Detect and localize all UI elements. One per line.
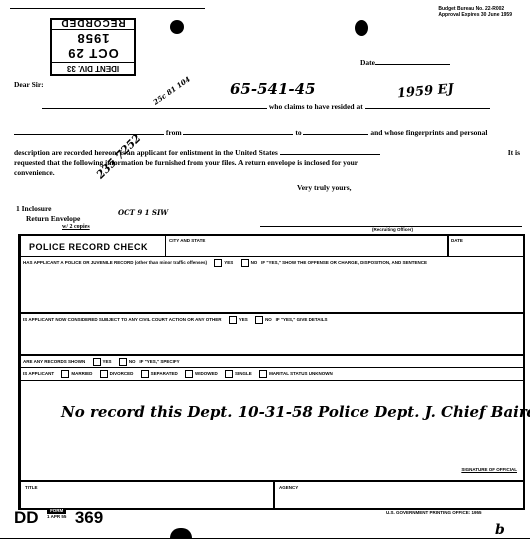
- letter-line-2: from to and whose fingerprints and perso…: [14, 128, 487, 137]
- enclosure: 1 Inclosure: [16, 204, 52, 213]
- remarks-handwritten: No record this Dept. 10-31-58 Police Dep…: [61, 403, 530, 421]
- signature-caption: (Recruiting Officer): [372, 227, 413, 232]
- bottom-blot: [170, 528, 192, 538]
- stamp-line-date: OCT 29 1958: [52, 29, 134, 62]
- unknown-checkbox[interactable]: [259, 370, 267, 378]
- form-code: DD: [14, 508, 39, 527]
- divorced-checkbox[interactable]: [100, 370, 108, 378]
- stamp-line-ident: IDENT DIV. 33: [52, 62, 134, 74]
- question-records-shown: ARE ANY RECORDS SHOWN YES NO IF "YES," S…: [21, 354, 523, 368]
- punch-hole-left: [170, 20, 184, 34]
- bottom-rule: [0, 538, 530, 539]
- enclosure-note: w/ 2 copies: [62, 224, 90, 230]
- single-checkbox[interactable]: [225, 370, 233, 378]
- case-number-handwritten: 65-541-45: [230, 80, 316, 98]
- salutation: Dear Sir:: [14, 80, 44, 89]
- q2-no-checkbox[interactable]: [255, 316, 263, 324]
- form-date-label: DATE: [451, 238, 463, 243]
- date-label: Date: [360, 58, 375, 67]
- police-record-check-form: POLICE RECORD CHECK CITY AND STATE DATE …: [18, 234, 525, 510]
- printer-line: U.S. GOVERNMENT PRINTING OFFICE: 1955: [386, 510, 482, 515]
- city-state-field[interactable]: [165, 236, 449, 256]
- signature-official-label: SIGNATURE OF OFFICIAL: [461, 467, 517, 472]
- punch-hole-right: [355, 20, 368, 36]
- stamp-line-recorded: RECORDED: [52, 16, 134, 29]
- date-field: Date: [360, 58, 450, 67]
- q1-yes-checkbox[interactable]: [214, 259, 222, 267]
- form-number-block: DD FORM 1 APR 55 369: [14, 508, 103, 528]
- q1-no-checkbox[interactable]: [241, 259, 249, 267]
- q2-yes-checkbox[interactable]: [229, 316, 237, 324]
- top-rule: [10, 8, 205, 9]
- closing: Very truly yours,: [297, 183, 352, 192]
- form-title: POLICE RECORD CHECK: [29, 242, 148, 252]
- question-civil-action: IS APPLICANT NOW CONSIDERED SUBJECT TO A…: [21, 312, 523, 354]
- q3-no-checkbox[interactable]: [119, 358, 127, 366]
- initials-handwritten: b: [495, 522, 505, 538]
- form-number: 369: [75, 508, 103, 527]
- widowed-checkbox[interactable]: [185, 370, 193, 378]
- question-marital-status: IS APPLICANT MARRIED DIVORCED SEPARATED …: [21, 367, 523, 380]
- form-title-cell: POLICE RECORD CHECK: [21, 236, 166, 256]
- title-label: TITLE: [25, 485, 38, 490]
- q3-yes-checkbox[interactable]: [93, 358, 101, 366]
- letter-paragraph: description are recorded hereon, is an a…: [14, 148, 520, 178]
- title-agency-row: TITLE AGENCY: [21, 480, 523, 508]
- enclosure-item: Return Envelope: [26, 214, 80, 223]
- letter-line-1: who claims to have resided at: [42, 102, 490, 111]
- date-handwritten: 1959 EJ: [396, 82, 454, 102]
- budget-bureau-note: Budget Bureau No. 22-R002 Approval Expir…: [438, 6, 512, 18]
- remarks-area[interactable]: No record this Dept. 10-31-58 Police Dep…: [21, 380, 523, 481]
- agency-label: AGENCY: [279, 485, 298, 490]
- return-stamp: OCT 9 1 SIW: [118, 208, 168, 217]
- separated-checkbox[interactable]: [141, 370, 149, 378]
- recorded-stamp: IDENT DIV. 33 OCT 29 1958 RECORDED: [50, 18, 136, 76]
- married-checkbox[interactable]: [61, 370, 69, 378]
